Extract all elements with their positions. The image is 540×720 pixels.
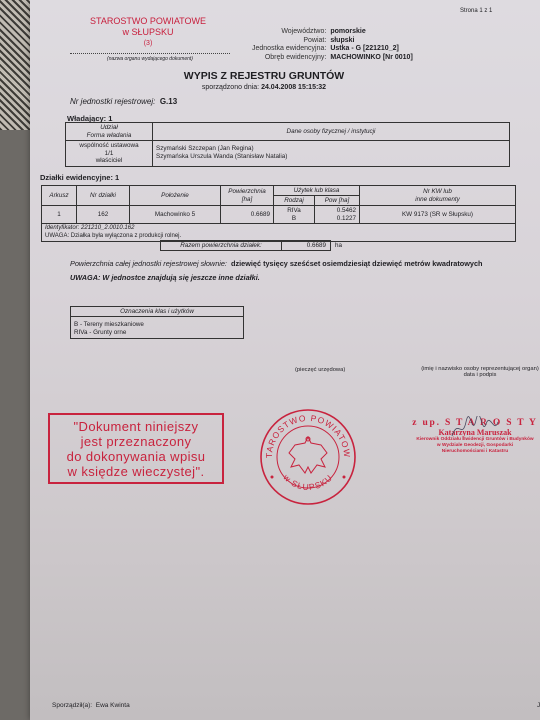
cell-sheet: 1 [42, 206, 77, 224]
col-use-kind: Rodzaj [274, 196, 315, 206]
legend-item: B - Tereny mieszkaniowe [74, 321, 240, 329]
admin-value: MACHOWINKO [Nr 0010] [328, 54, 414, 63]
share-type: wspólność ustawowa [69, 142, 149, 150]
table-row-notes: Identyfikator: 221210_2.0010.162 UWAGA: … [42, 224, 516, 242]
admin-row: Obręb ewidencyjny:MACHOWINKO [Nr 0010] [250, 54, 415, 63]
admin-value: pomorskie [328, 28, 414, 37]
col-area-unit: [ha] [224, 196, 270, 204]
background-mesh [0, 0, 30, 130]
stamp-line: do dokonywania wpisu [56, 449, 216, 464]
issuer-line-1: STAROSTWO POWIATOWE [78, 16, 218, 27]
issuer-dotted-line [70, 53, 230, 54]
eagle-emblem-icon [289, 437, 327, 473]
owners-table: Udział Forma władania Dane osoby fizyczn… [65, 122, 510, 167]
use-area-2: 0.1227 [318, 215, 356, 223]
parcel-remark: UWAGA: Działka była wyłączona z produkcj… [45, 233, 512, 241]
issuer-caption: (nazwa organu wydającego dokument) [70, 56, 230, 62]
owner-person: Szymańska Urszula Wanda (Stanisław Natal… [156, 153, 506, 161]
admin-value: słupski [328, 37, 414, 46]
admin-info: Województwo:pomorskie Powiat:słupski Jed… [250, 28, 415, 62]
table-row: 1 162 Machowinko 5 0.6689 RIVa B 0.5462 … [42, 206, 516, 224]
signer-position-3: Nieruchomościami i Katastru [395, 449, 540, 455]
legend-title: Oznaczenia klas i użytków [71, 307, 243, 317]
issuer-code: (3) [78, 38, 218, 49]
owner-share-cell: wspólność ustawowa 1/1 właściciel [66, 141, 153, 167]
cell-use-kind: RIVa B [274, 206, 315, 224]
unit-label: Nr jednostki rejestrowej: [70, 97, 155, 106]
use-area-1: 0.5462 [318, 207, 356, 215]
table-row: wspólność ustawowa 1/1 właściciel Szymań… [66, 141, 510, 167]
document-page: STAROSTWO POWIATOWE w SŁUPSKU (3) (nazwa… [30, 0, 540, 720]
prepared-by: Sporządził(a): Ewa Kwinta [52, 702, 130, 709]
stamp-line: jest przeznaczony [56, 434, 216, 449]
words-label: Powierzchnia całej jednostki rejestrowej… [70, 259, 227, 268]
registry-unit: Nr jednostki rejestrowej: G.13 [70, 97, 177, 106]
date-value: 24.04.2008 15:15:32 [261, 84, 326, 91]
parcel-identifier: Identyfikator: 221210_2.0010.162 [45, 225, 512, 233]
share-role: właściciel [69, 157, 149, 165]
col-location: Położenie [130, 186, 221, 206]
cell-area: 0.6689 [221, 206, 274, 224]
cell-use-area: 0.5462 0.1227 [315, 206, 360, 224]
parcels-table: Arkusz Nr działki Położenie Powierzchnia… [41, 185, 516, 242]
admin-label: Obręb ewidencyjny: [250, 54, 328, 63]
col-form: Forma władania [69, 132, 149, 140]
signer-stamp: z up. S T A R O S T Y Katarzyna Maruszak… [395, 418, 540, 454]
col-number: Nr działki [77, 186, 130, 206]
official-seal-icon: STAROSTWO POWIATOWE w SŁUPSKU [258, 407, 358, 507]
svg-text:w SŁUPSKU: w SŁUPSKU [281, 472, 335, 492]
handwritten-signature-icon [450, 416, 500, 442]
stamp-line: w księdze wieczystej". [56, 464, 216, 479]
admin-label: Województwo: [250, 28, 328, 37]
seal-caption: (pieczęć urzędowa) [295, 367, 345, 373]
admin-row: Powiat:słupski [250, 37, 415, 46]
col-area-label: Powierzchnia [224, 188, 270, 196]
owner-person: Szymański Szczepan (Jan Regina) [156, 145, 506, 153]
admin-label: Powiat: [250, 37, 328, 46]
col-area: Powierzchnia [ha] [221, 186, 274, 206]
admin-row: Województwo:pomorskie [250, 28, 415, 37]
prepared-name: Ewa Kwinta [96, 702, 130, 709]
col-use-area: Pow [ha] [315, 196, 360, 206]
land-registry-stamp: "Dokument niniejszy jest przeznaczony do… [48, 413, 224, 484]
legend-item: RIVa - Grunty orne [74, 329, 240, 337]
use-kind-2: B [277, 215, 311, 223]
issuer-line-2: w SŁUPSKU [78, 27, 218, 38]
cell-number: 162 [77, 206, 130, 224]
prepared-label: Sporządził(a): [52, 702, 92, 709]
owners-header-share: Udział Forma władania [66, 123, 153, 141]
col-share: Udział [69, 124, 149, 132]
document-title: WYPIS Z REJESTRU GRUNTÓW [30, 70, 498, 82]
admin-row: Jednostka ewidencyjna:Ustka - G [221210_… [250, 45, 415, 54]
date-label: sporządzono dnia: [202, 84, 259, 91]
col-kw-label: Nr KW lub [363, 188, 512, 196]
parcel-notes: Identyfikator: 221210_2.0010.162 UWAGA: … [42, 224, 516, 242]
col-sheet: Arkusz [42, 186, 77, 206]
class-legend: Oznaczenia klas i użytków B - Tereny mie… [70, 306, 244, 339]
share-value: 1/1 [69, 150, 149, 158]
cell-kw: KW 9173 (SR w Słupsku) [360, 206, 516, 224]
total-value: 0.6689 [282, 241, 331, 251]
seal-text-bottom: w SŁUPSKU [281, 472, 335, 492]
admin-value: Ustka - G [221210_2] [328, 45, 414, 54]
issuer-header: STAROSTWO POWIATOWE w SŁUPSKU (3) [78, 16, 218, 49]
area-in-words: Powierzchnia całej jednostki rejestrowej… [70, 259, 482, 268]
words-value: dziewięć tysięcy sześćset osiemdziesiąt … [231, 259, 482, 268]
warning-note: UWAGA: W jednostce znajdują się jeszcze … [70, 273, 260, 282]
owners-header-person: Dane osoby fizycznej / instytucji [153, 123, 510, 141]
total-label: Razem powierzchnia działek: [161, 241, 282, 251]
cell-location: Machowinko 5 [130, 206, 221, 224]
total-unit: ha [331, 241, 347, 251]
legend-items: B - Tereny mieszkaniowe RIVa - Grunty or… [71, 317, 243, 338]
parcels-total: Razem powierzchnia działek: 0.6689 ha [160, 240, 346, 251]
unit-value: G.13 [160, 97, 177, 106]
owner-persons-cell: Szymański Szczepan (Jan Regina) Szymańsk… [153, 141, 510, 167]
parcels-section-title: Działki ewidencyjne: 1 [40, 173, 119, 182]
col-use: Użytek lub klasa [274, 186, 360, 196]
signer-caption-2: data i podpis [405, 372, 540, 378]
page-number: Strona 1 z 1 [460, 8, 492, 14]
signer-caption: (imię i nazwisko osoby reprezentującej o… [405, 366, 540, 378]
document-date: sporządzono dnia: 24.04.2008 15:15:32 [30, 84, 498, 91]
stamp-line: "Dokument niniejszy [56, 419, 216, 434]
col-kw: Nr KW lub inne dokumenty [360, 186, 516, 206]
col-kw-label-2: inne dokumenty [363, 196, 512, 204]
use-kind-1: RIVa [277, 207, 311, 215]
admin-label: Jednostka ewidencyjna: [250, 45, 328, 54]
